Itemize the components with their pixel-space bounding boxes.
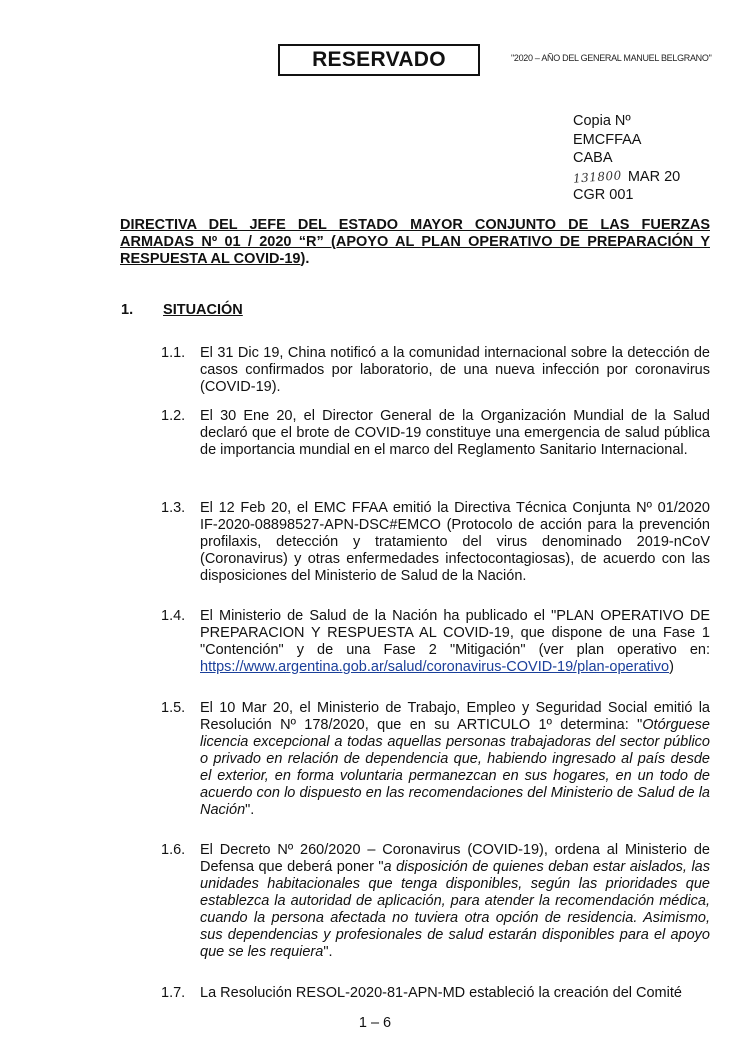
item-text: El 30 Ene 20, el Director General de la … — [200, 408, 710, 459]
handwritten-time: 131800 — [572, 166, 622, 188]
date-time-group: 131800 MAR 20 — [573, 168, 680, 187]
list-item: 1.1. El 31 Dic 19, China notificó a la c… — [161, 345, 710, 396]
reference-code: CGR 001 — [573, 186, 680, 205]
section-label: SITUACIÓN — [163, 302, 243, 318]
page-number: 1 – 6 — [0, 1015, 750, 1031]
item-number: 1.3. — [161, 500, 185, 517]
item-text: El 10 Mar 20, el Ministerio de Trabajo, … — [200, 700, 710, 819]
item-number: 1.6. — [161, 842, 185, 859]
directive-title-trailing: ). — [300, 251, 309, 267]
item-text: El 12 Feb 20, el EMC FFAA emitió la Dire… — [200, 500, 710, 585]
document-reference-block: Copia Nº EMCFFAA CABA 131800 MAR 20 CGR … — [573, 112, 680, 205]
list-item: 1.7. La Resolución RESOL-2020-81-APN-MD … — [161, 985, 710, 1002]
item-number: 1.2. — [161, 408, 185, 425]
section-heading: 1. SITUACIÓN — [121, 302, 243, 318]
date-month-year: MAR 20 — [628, 169, 680, 185]
item-number: 1.1. — [161, 345, 185, 362]
item-text: El Ministerio de Salud de la Nación ha p… — [200, 608, 710, 676]
plan-operativo-link[interactable]: https://www.argentina.gob.ar/salud/coron… — [200, 659, 669, 675]
directive-title-text: DIRECTIVA DEL JEFE DEL ESTADO MAYOR CONJ… — [120, 217, 710, 267]
item-text-after: ) — [669, 659, 674, 675]
list-item: 1.6. El Decreto Nº 260/2020 – Coronaviru… — [161, 842, 710, 961]
list-item: 1.3. El 12 Feb 20, el EMC FFAA emitió la… — [161, 500, 710, 585]
item-text: El Decreto Nº 260/2020 – Coronavirus (CO… — [200, 842, 710, 961]
issuing-city: CABA — [573, 149, 680, 168]
classification-label: RESERVADO — [312, 48, 446, 72]
item-text-after: ". — [245, 802, 254, 818]
copy-number: Copia Nº — [573, 112, 680, 131]
item-text-body: El Ministerio de Salud de la Nación ha p… — [200, 608, 710, 658]
list-item: 1.2. El 30 Ene 20, el Director General d… — [161, 408, 710, 459]
issuing-office: EMCFFAA — [573, 131, 680, 150]
list-item: 1.4. El Ministerio de Salud de la Nación… — [161, 608, 710, 676]
year-motto: "2020 – AÑO DEL GENERAL MANUEL BELGRANO" — [511, 53, 711, 63]
item-text-body: El 10 Mar 20, el Ministerio de Trabajo, … — [200, 700, 710, 733]
section-number: 1. — [121, 302, 159, 318]
directive-title: DIRECTIVA DEL JEFE DEL ESTADO MAYOR CONJ… — [120, 217, 710, 268]
list-item: 1.5. El 10 Mar 20, el Ministerio de Trab… — [161, 700, 710, 819]
item-number: 1.7. — [161, 985, 185, 1002]
item-text-after: ". — [323, 944, 332, 960]
item-text: La Resolución RESOL-2020-81-APN-MD estab… — [200, 985, 710, 1002]
item-number: 1.4. — [161, 608, 185, 625]
item-number: 1.5. — [161, 700, 185, 717]
classification-stamp: RESERVADO — [278, 44, 480, 76]
item-text: El 31 Dic 19, China notificó a la comuni… — [200, 345, 710, 396]
